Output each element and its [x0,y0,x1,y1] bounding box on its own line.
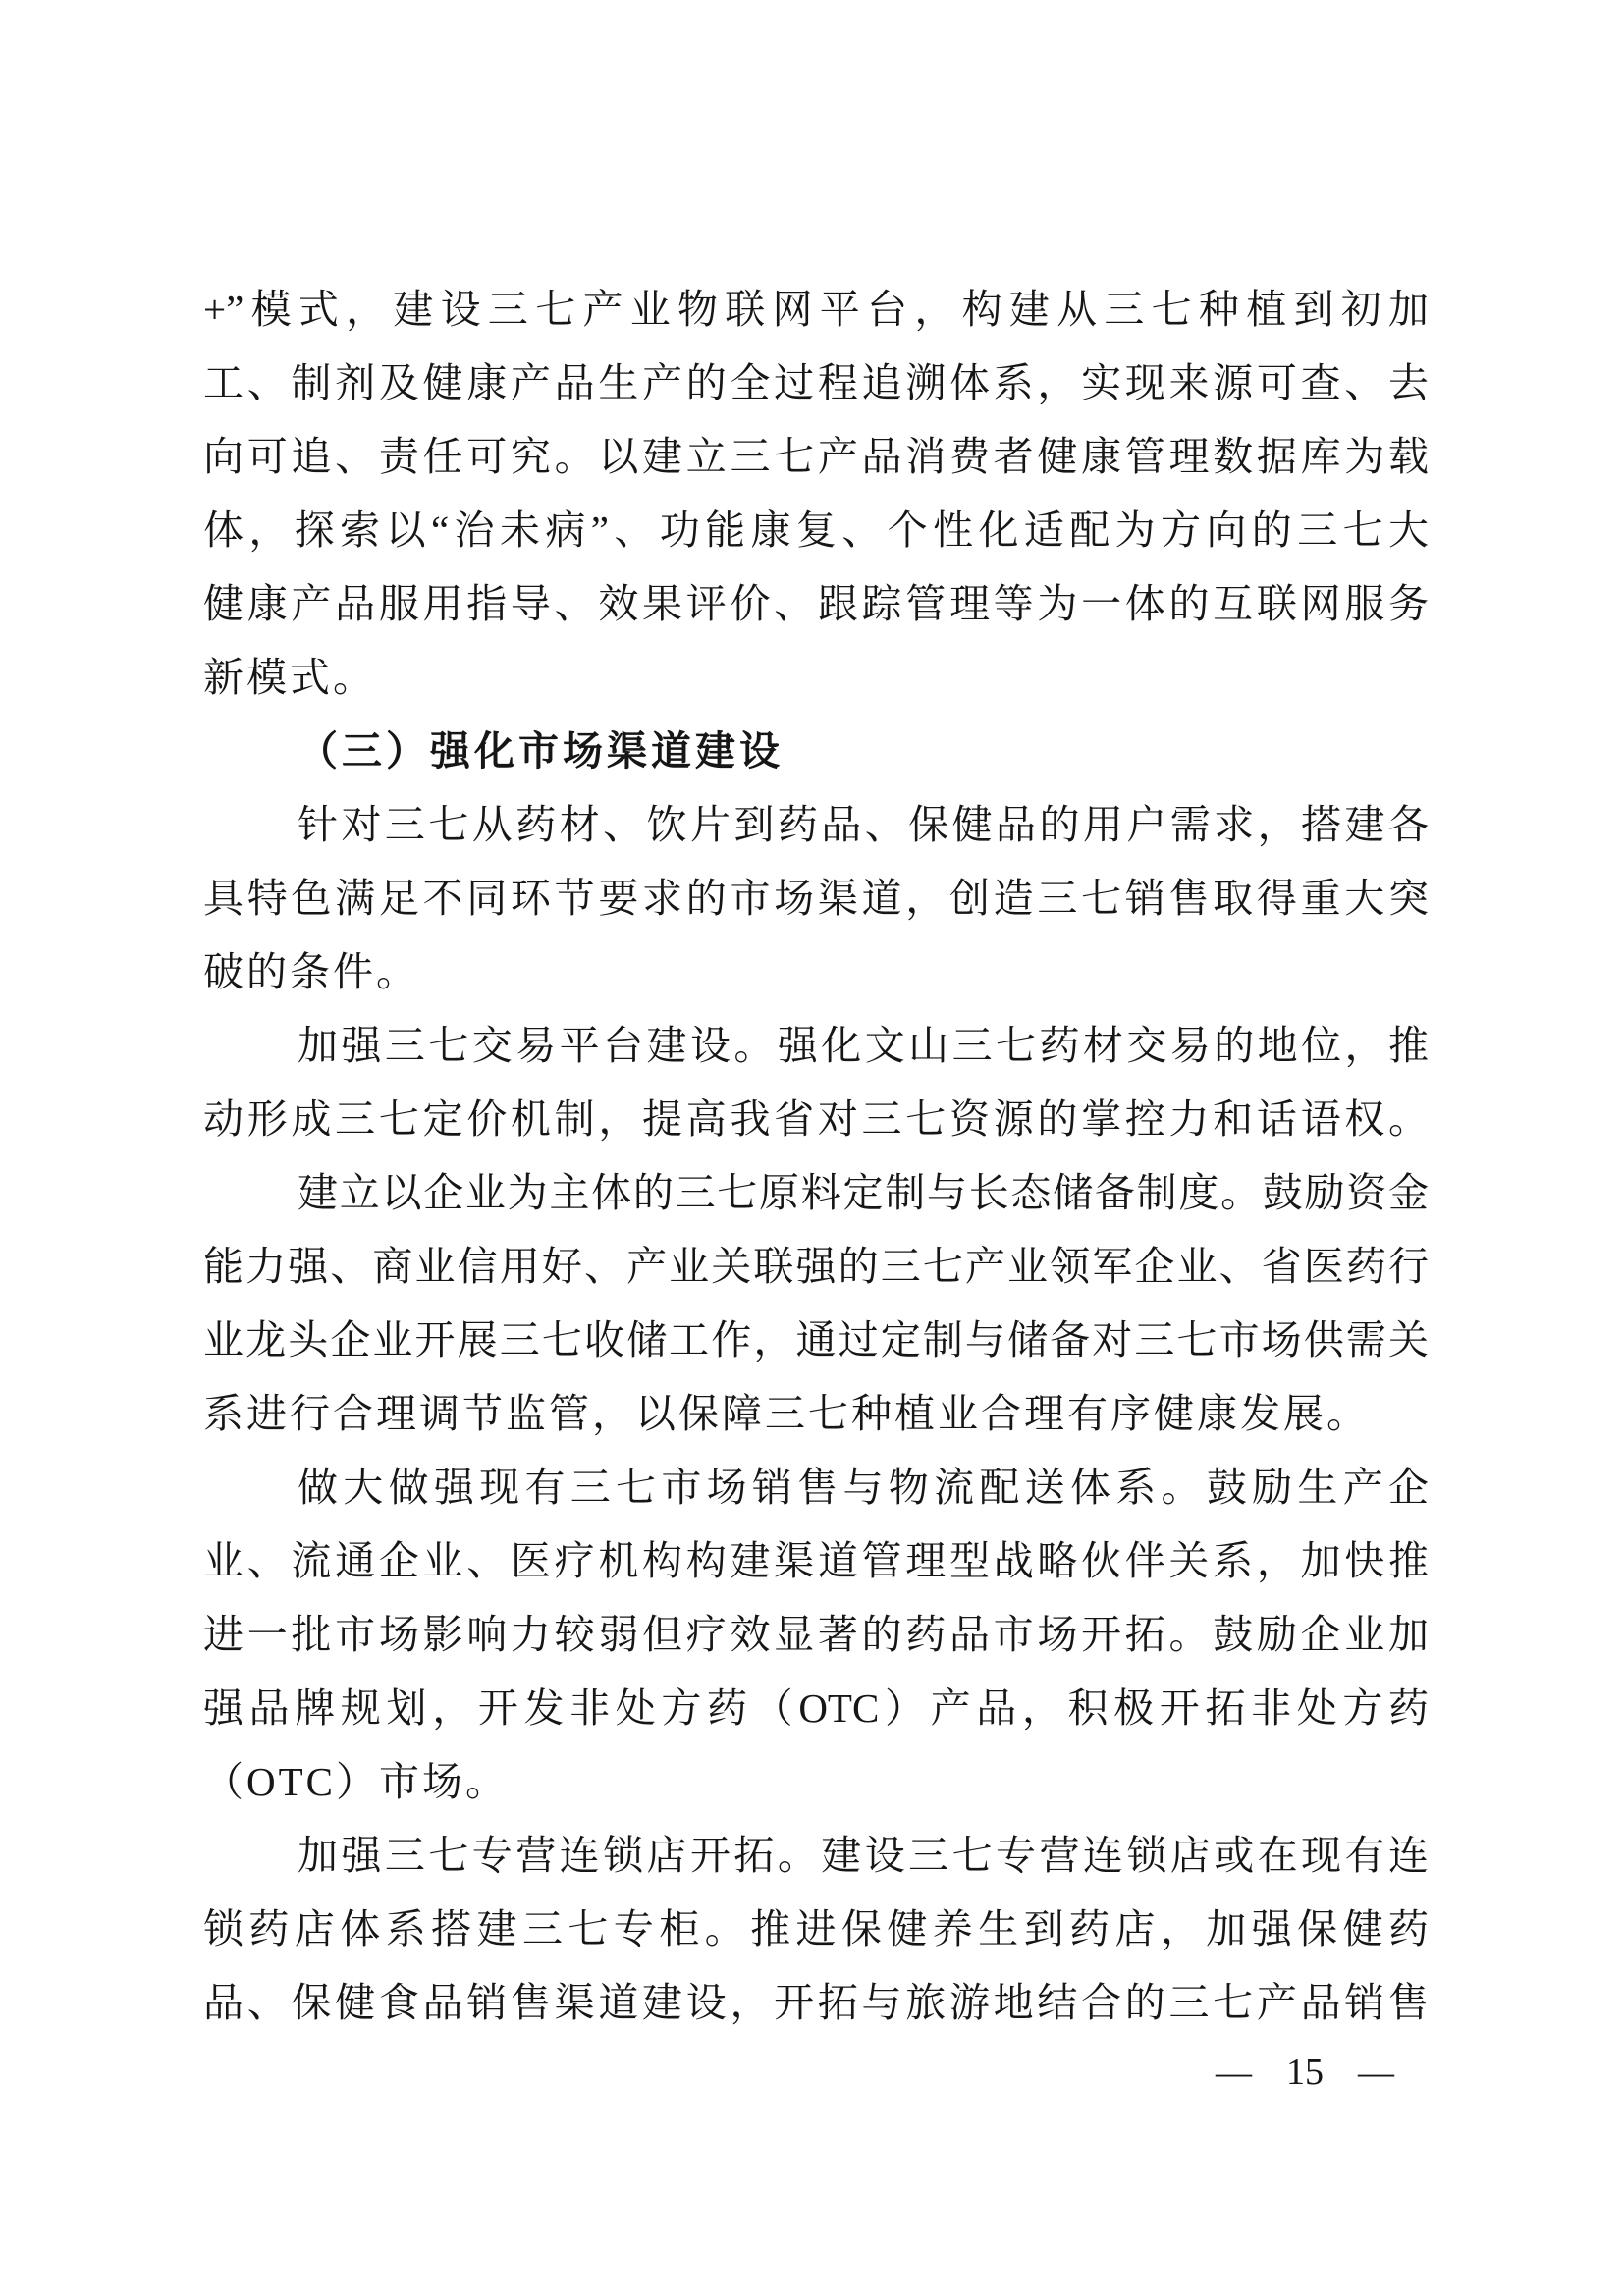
body-line: 强品牌规划，开发非处方药（OTC）产品，积极开拓非处方药 [203,1672,1429,1745]
body-line: 能力强、商业信用好、产业关联强的三七产业领军企业、省医药行 [203,1230,1429,1304]
body-line: 业、流通企业、医疗机构构建渠道管理型战略伙伴关系，加快推 [203,1524,1429,1598]
body-line: 业龙头企业开展三七收储工作，通过定制与储备对三七市场供需关 [203,1304,1429,1377]
document-page: +”模式，建设三七产业物联网平台，构建从三七种植到初加 工、制剂及健康产品生产的… [0,0,1624,2296]
page-footer: — 15 — [1216,2048,1394,2097]
paragraph-start-line: 做大做强现有三七市场销售与物流配送体系。鼓励生产企 [203,1451,1429,1524]
paragraph-start-line: 建立以企业为主体的三七原料定制与长态储备制度。鼓励资金 [203,1156,1429,1230]
text-block: +”模式，建设三七产业物联网平台，构建从三七种植到初加 工、制剂及健康产品生产的… [203,273,1429,2040]
section-heading: （三）强化市场渠道建设 [203,715,1429,788]
paragraph-end-line: 系进行合理调节监管，以保障三七种植业合理有序健康发展。 [203,1377,1429,1451]
body-line: 健康产品服用指导、效果评价、跟踪管理等为一体的互联网服务 [203,567,1429,641]
body-line: 体，探索以“治未病”、功能康复、个性化适配为方向的三七大 [203,494,1429,567]
paragraph-end-line: 破的条件。 [203,935,1429,1009]
paragraph-end-line: 新模式。 [203,641,1429,715]
footer-right-dash: — [1358,2052,1394,2094]
paragraph-end-line: （OTC）市场。 [203,1745,1429,1819]
body-line: 动形成三七定价机制，提高我省对三七资源的掌控力和话语权。 [203,1083,1429,1156]
body-line: 向可追、责任可究。以建立三七产品消费者健康管理数据库为载 [203,420,1429,494]
paragraph-start-line: 针对三七从药材、饮片到药品、保健品的用户需求，搭建各 [203,788,1429,862]
footer-left-dash: — [1216,2052,1252,2094]
body-line: 具特色满足不同环节要求的市场渠道，创造三七销售取得重大突 [203,862,1429,935]
body-line: 品、保健食品销售渠道建设，开拓与旅游地结合的三七产品销售 [203,1966,1429,2040]
body-line: +”模式，建设三七产业物联网平台，构建从三七种植到初加 [203,273,1429,347]
paragraph-start-line: 加强三七交易平台建设。强化文山三七药材交易的地位，推 [203,1009,1429,1083]
body-line: 锁药店体系搭建三七专柜。推进保健养生到药店，加强保健药 [203,1893,1429,1966]
body-line: 进一批市场影响力较弱但疗效显著的药品市场开拓。鼓励企业加 [203,1598,1429,1672]
page-number: 15 [1286,2051,1324,2094]
paragraph-start-line: 加强三七专营连锁店开拓。建设三七专营连锁店或在现有连 [203,1819,1429,1893]
body-line: 工、制剂及健康产品生产的全过程追溯体系，实现来源可查、去 [203,347,1429,420]
